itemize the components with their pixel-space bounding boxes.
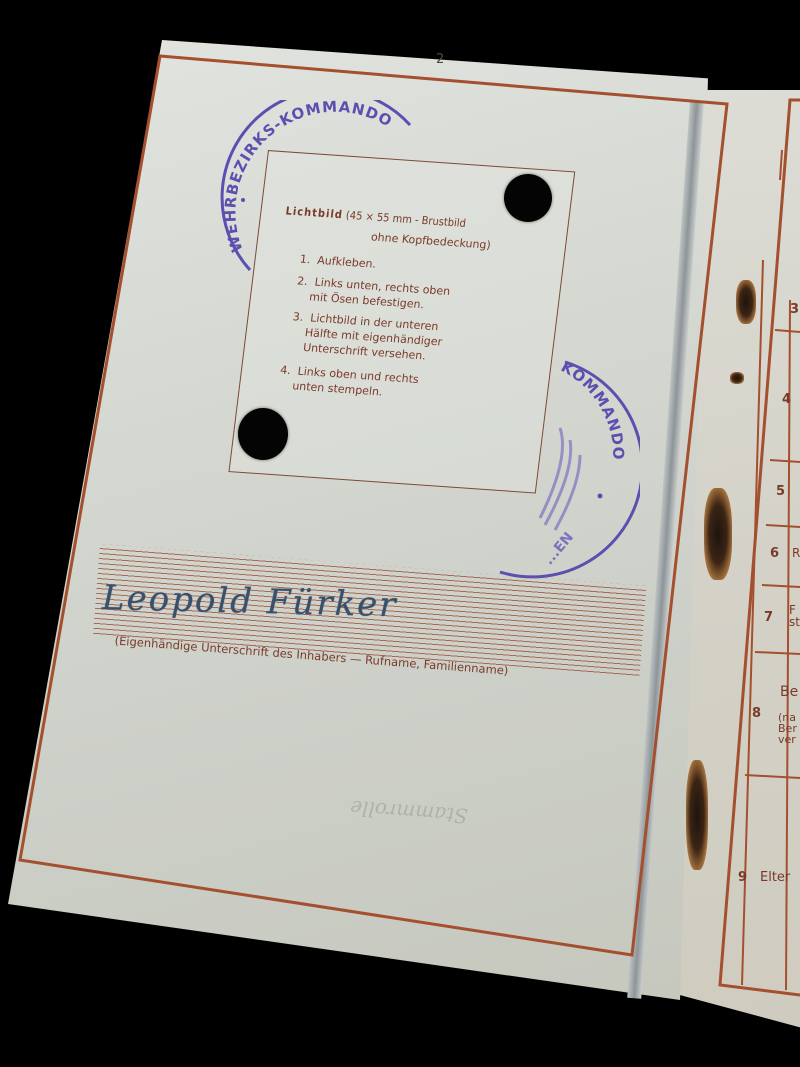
row-number-3: 3	[790, 302, 799, 317]
instruction-number: 2.	[296, 273, 312, 289]
svg-text:...EN: ...EN	[541, 529, 577, 568]
eyelet-hole	[238, 408, 288, 460]
row-number-9: 9	[738, 870, 747, 885]
svg-text:KOMMANDO: KOMMANDO	[558, 358, 627, 461]
row-text-8: Be	[780, 686, 798, 698]
row-number-4: 4	[782, 392, 791, 407]
handwritten-signature: Leopold Fürker	[102, 578, 398, 625]
row-text-8b: (naBerver	[778, 712, 797, 745]
row-number-7: 7	[764, 610, 773, 625]
row-number-5: 5	[776, 484, 785, 499]
instruction-1: 1. Aufkleben.	[299, 252, 377, 272]
row-text-6: R	[792, 546, 800, 560]
row-number-8: 8	[752, 706, 761, 721]
photo-title-bold: Lichtbild	[285, 204, 344, 221]
instruction-2: 2. Links unten, rechts oben mit Ösen bef…	[294, 273, 451, 314]
row-text-9: Elter	[760, 872, 790, 884]
instruction-4: 4. Links oben und rechts unten stempeln.	[277, 362, 419, 401]
instruction-text: Aufkleben.	[317, 254, 377, 271]
eyelet-hole	[504, 174, 552, 222]
instruction-number: 3.	[292, 309, 308, 325]
instruction-3: 3. Lichtbild in der unteren Hälfte mit e…	[288, 309, 445, 364]
row-number-6: 6	[770, 546, 779, 561]
row-text-7: Fst	[789, 604, 800, 628]
document-spread: 2 WEHRBEZIRKS-KOMMANDO KOMMANDO ...EN Li…	[0, 0, 800, 1067]
photo-box-title: Lichtbild (45 × 55 mm - Brustbild	[285, 204, 467, 230]
instruction-number: 1.	[299, 252, 315, 268]
page-number: 2	[436, 52, 444, 67]
instruction-number: 4.	[279, 362, 295, 378]
photo-box-subtitle: ohne Kopfbedeckung)	[370, 230, 491, 251]
photo-title-dimensions: (45 × 55 mm - Brustbild	[345, 209, 466, 230]
